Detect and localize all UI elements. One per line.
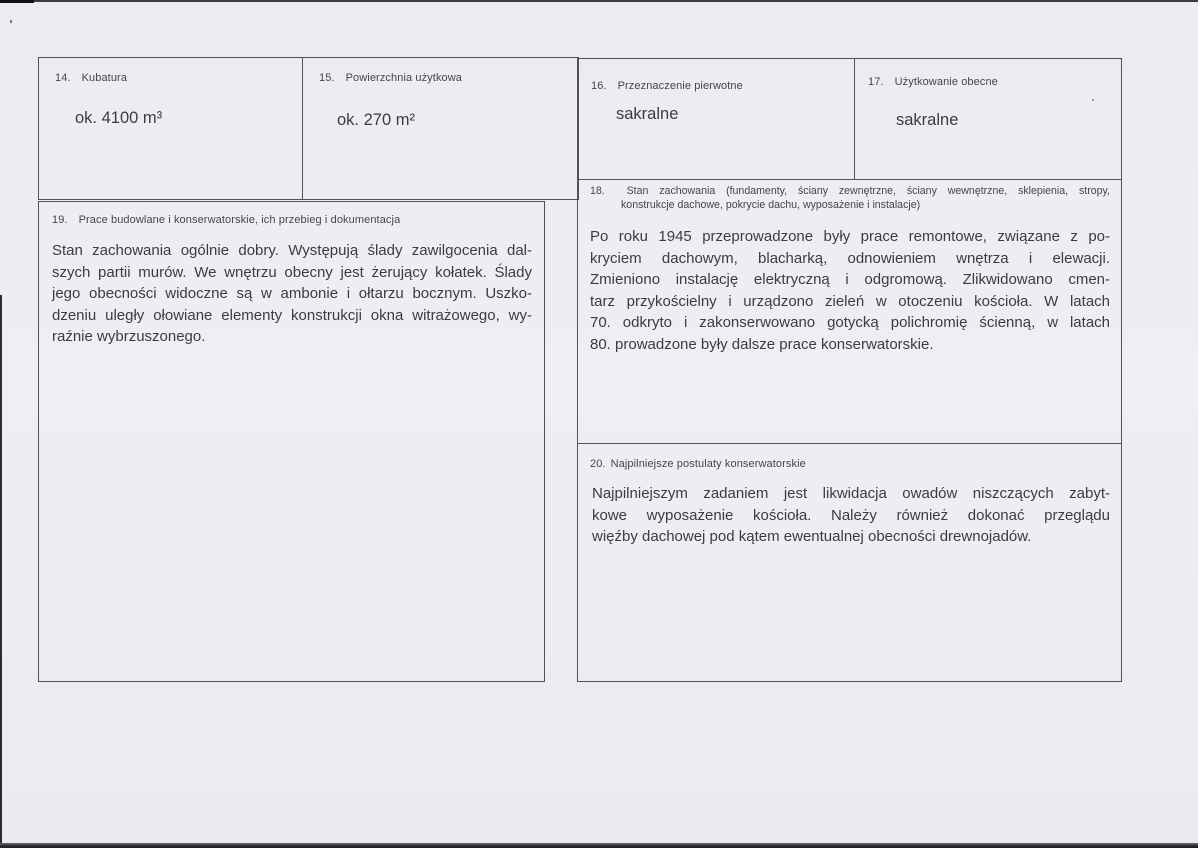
scan-edge-top xyxy=(0,0,1198,2)
field-16-przeznaczenie: 16.Przeznaczenie pierwotne sakralne xyxy=(578,59,855,179)
field-20-postulaty: 20.Najpilniejsze postulaty konserwatorsk… xyxy=(578,444,1121,681)
scan-speck xyxy=(10,20,12,23)
field-19-prace-budowlane: 19.Prace budowlane i konserwatorskie, ic… xyxy=(38,201,545,682)
text-line: 70. odkryto i zakonserwowano gotycką pol… xyxy=(590,312,1110,334)
field-18-number: 18. xyxy=(590,185,605,197)
text-line: Po roku 1945 przeprowadzone były prace r… xyxy=(590,226,1110,248)
scanned-form-page: 14.Kubatura ok. 4100 m³ 15.Powierzchnia … xyxy=(0,0,1198,848)
text-line: szych partii murów. We wnętrzu obecny je… xyxy=(52,262,532,284)
field-18-label-line2: konstrukcje dachowe, pokrycie dachu, wyp… xyxy=(621,199,1110,211)
text-line: jego obecności widoczne są w ambonie i o… xyxy=(52,283,532,305)
text-line: kowe wyposażenie kościoła. Należy równie… xyxy=(592,505,1110,527)
scan-edge-left xyxy=(0,295,2,843)
field-row-14-15: 14.Kubatura ok. 4100 m³ 15.Powierzchnia … xyxy=(38,57,579,200)
field-14-value: ok. 4100 m³ xyxy=(75,109,302,128)
field-14-number: 14. xyxy=(55,72,71,84)
text-line: Stan zachowania ogólnie dobry. Występują… xyxy=(52,240,532,262)
field-19-text: Stan zachowania ogólnie dobry. Występują… xyxy=(39,226,544,348)
field-block-right: 16.Przeznaczenie pierwotne sakralne 17.U… xyxy=(577,58,1122,682)
field-15-powierzchnia: 15.Powierzchnia użytkowa ok. 270 m² xyxy=(303,58,578,199)
text-line: 80. prowadzone były dalsze prace konserw… xyxy=(590,334,1110,356)
scan-edge-top-corner xyxy=(0,0,34,3)
scan-edge-bottom xyxy=(0,843,1198,848)
field-15-label: 15.Powierzchnia użytkowa xyxy=(303,58,578,84)
field-15-number: 15. xyxy=(319,72,335,84)
field-18-label-text1: Stan zachowania (fundamenty, ściany zewn… xyxy=(627,185,1110,197)
field-18-text: Po roku 1945 przeprowadzone były prace r… xyxy=(590,226,1110,355)
field-14-label-text: Kubatura xyxy=(82,72,127,84)
field-17-label: 17.Użytkowanie obecne xyxy=(855,59,1121,88)
field-18-label-line1: 18. Stan zachowania (fundamenty, ściany … xyxy=(590,185,1110,197)
field-17-value: sakralne xyxy=(896,111,1121,130)
field-17-number: 17. xyxy=(868,76,884,88)
field-16-label: 16.Przeznaczenie pierwotne xyxy=(578,59,854,92)
text-line: tarz przykościelny i urządzono zieleń w … xyxy=(590,291,1110,313)
text-line: Najpilniejszym zadaniem jest likwidacja … xyxy=(592,483,1110,505)
field-14-kubatura: 14.Kubatura ok. 4100 m³ xyxy=(39,58,303,199)
field-20-text: Najpilniejszym zadaniem jest likwidacja … xyxy=(590,483,1110,548)
text-line: kryciem dachowym, blacharką, odnowieniem… xyxy=(590,248,1110,270)
field-15-label-text: Powierzchnia użytkowa xyxy=(346,72,462,84)
field-14-label: 14.Kubatura xyxy=(39,58,302,84)
field-19-label-text: Prace budowlane i konserwatorskie, ich p… xyxy=(79,214,401,226)
field-16-label-text: Przeznaczenie pierwotne xyxy=(618,80,743,92)
field-19-number: 19. xyxy=(52,214,68,226)
field-17-uzytkowanie: 17.Użytkowanie obecne sakralne xyxy=(855,59,1121,179)
field-16-number: 16. xyxy=(591,80,607,92)
text-line: więźby dachowej pod kątem ewentualnej ob… xyxy=(592,526,1110,548)
field-20-number: 20. xyxy=(590,458,606,470)
field-row-16-17: 16.Przeznaczenie pierwotne sakralne 17.U… xyxy=(578,59,1121,180)
field-20-label: 20.Najpilniejsze postulaty konserwatorsk… xyxy=(590,458,1110,470)
field-15-value: ok. 270 m² xyxy=(337,111,578,130)
field-20-label-text: Najpilniejsze postulaty konserwatorskie xyxy=(611,458,806,470)
field-18-stan-zachowania: 18. Stan zachowania (fundamenty, ściany … xyxy=(578,180,1121,444)
field-16-value: sakralne xyxy=(616,105,854,124)
text-line: Zmieniono instalację elektryczną i odgro… xyxy=(590,269,1110,291)
field-19-label: 19.Prace budowlane i konserwatorskie, ic… xyxy=(39,202,544,226)
field-17-label-text: Użytkowanie obecne xyxy=(895,76,998,88)
text-line: raźnie wybrzuszonego. xyxy=(52,326,532,348)
text-line: dzeniu uległy ołowiane elementy konstruk… xyxy=(52,305,532,327)
